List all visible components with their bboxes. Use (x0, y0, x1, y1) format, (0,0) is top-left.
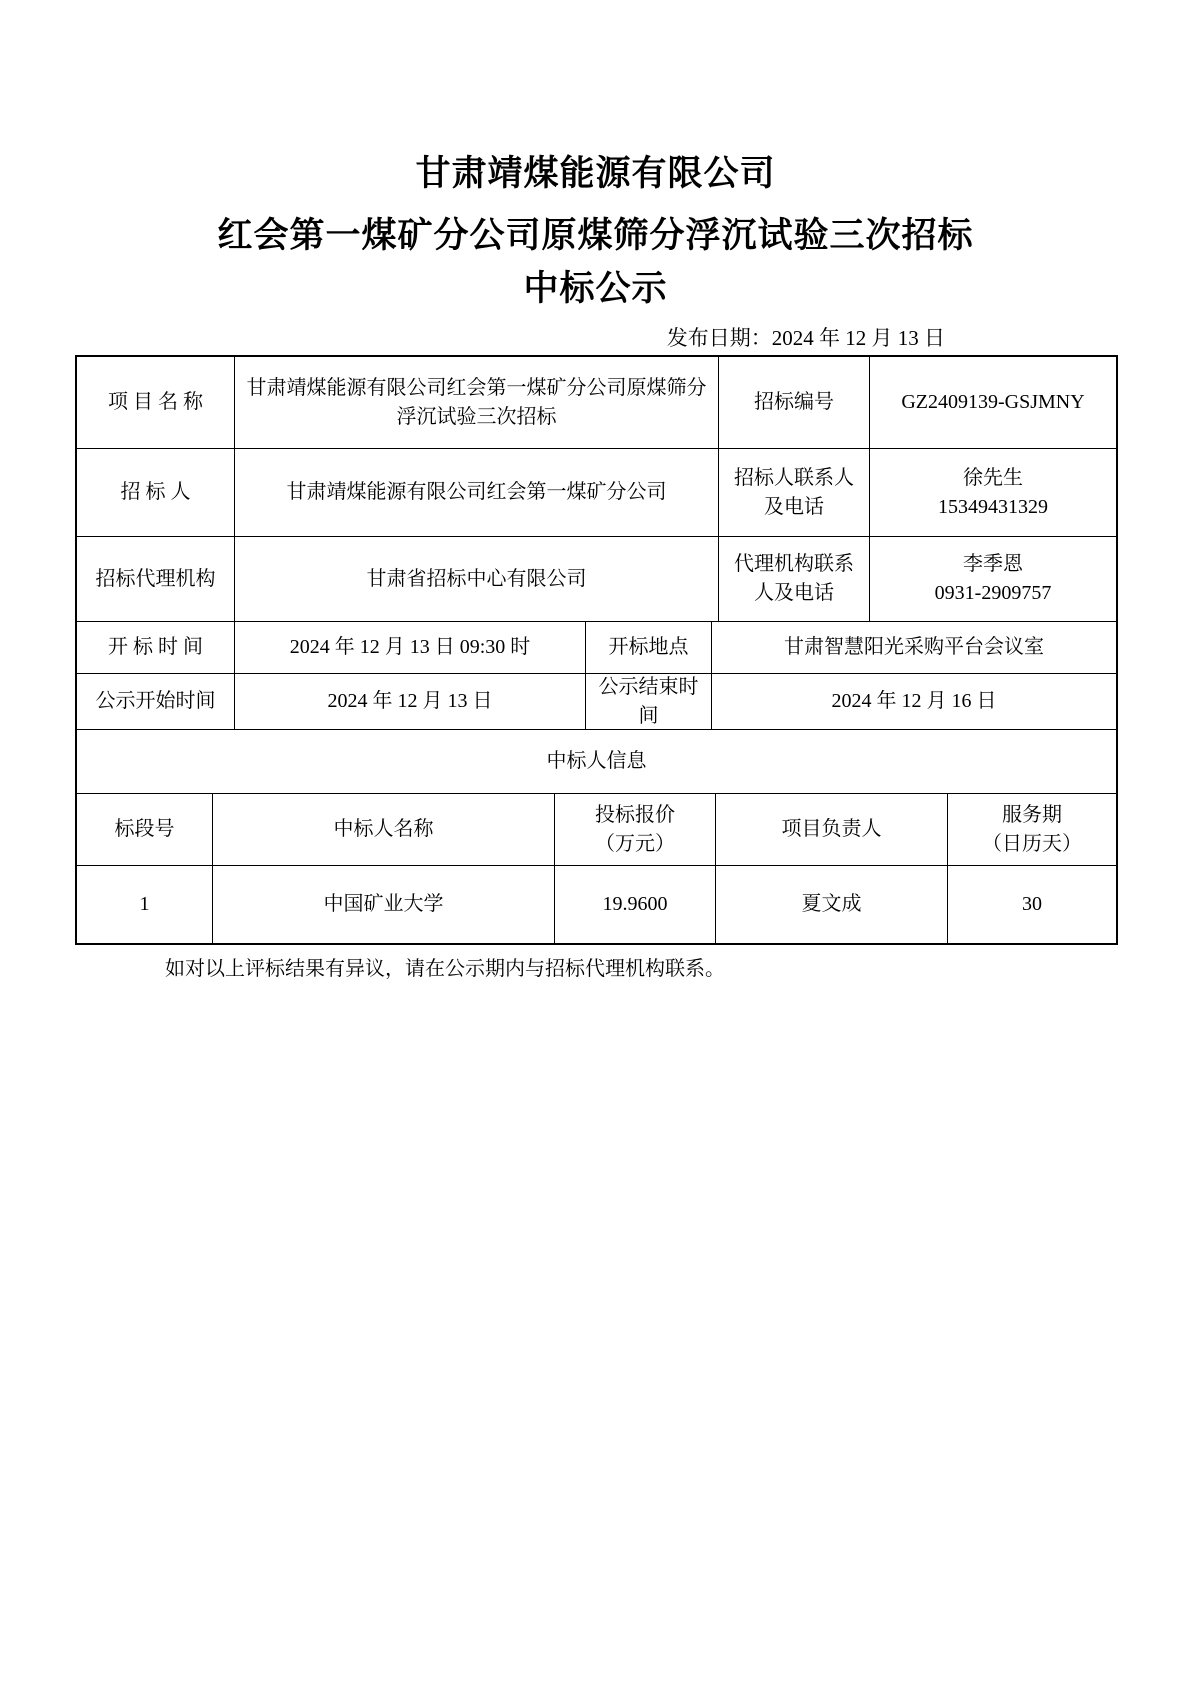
agency-label: 招标代理机构 (77, 537, 234, 621)
opening-time-label: 开 标 时 间 (77, 622, 234, 673)
winner-table-header-row: 标段号 中标人名称 投标报价 （万元） 项目负责人 服务期 （日历天） (77, 793, 1116, 865)
opening-time-value: 2024 年 12 月 13 日 09:30 时 (234, 622, 585, 673)
agency-contact-label: 代理机构联系人及电话 (718, 537, 869, 621)
winner-section-title: 中标人信息 (77, 730, 1116, 793)
header-service-period: 服务期 （日历天） (947, 794, 1116, 865)
bid-number-label: 招标编号 (718, 357, 869, 448)
announcement-page: 甘肃靖煤能源有限公司 红会第一煤矿分公司原煤筛分浮沉试验三次招标 中标公示 发布… (0, 0, 1191, 1684)
publicity-end-label: 公示结束时间 (585, 674, 711, 729)
header-bid-price: 投标报价 （万元） (554, 794, 715, 865)
tenderee-value: 甘肃靖煤能源有限公司红会第一煤矿分公司 (234, 449, 718, 536)
tenderee-contact-name: 徐先生 (963, 464, 1023, 493)
title-project: 红会第一煤矿分公司原煤筛分浮沉试验三次招标 (0, 208, 1191, 258)
publicity-start-label: 公示开始时间 (77, 674, 234, 729)
table-row-tenderee: 招 标 人 甘肃靖煤能源有限公司红会第一煤矿分公司 招标人联系人及电话 徐先生 … (77, 448, 1116, 536)
table-row-project: 项 目 名 称 甘肃靖煤能源有限公司红会第一煤矿分公司原煤筛分浮沉试验三次招标 … (77, 357, 1116, 448)
winner-lot-number: 1 (77, 866, 212, 943)
project-name-value: 甘肃靖煤能源有限公司红会第一煤矿分公司原煤筛分浮沉试验三次招标 (234, 357, 718, 448)
objection-note: 如对以上评标结果有异议，请在公示期内与招标代理机构联系。 (165, 952, 725, 981)
publicity-start-value: 2024 年 12 月 13 日 (234, 674, 585, 729)
winner-project-leader: 夏文成 (715, 866, 947, 943)
tenderee-label: 招 标 人 (77, 449, 234, 536)
winner-bid-price: 19.9600 (554, 866, 715, 943)
publicity-end-value: 2024 年 12 月 16 日 (711, 674, 1116, 729)
table-row-winner-section-title: 中标人信息 (77, 729, 1116, 793)
agency-contact-value: 李季恩 0931-2909757 (869, 537, 1116, 621)
agency-contact-name: 李季恩 (963, 550, 1023, 579)
agency-contact-phone: 0931-2909757 (935, 579, 1052, 608)
opening-place-value: 甘肃智慧阳光采购平台会议室 (711, 622, 1116, 673)
agency-value: 甘肃省招标中心有限公司 (234, 537, 718, 621)
table-row-agency: 招标代理机构 甘肃省招标中心有限公司 代理机构联系人及电话 李季恩 0931-2… (77, 536, 1116, 621)
bid-info-table: 项 目 名 称 甘肃靖煤能源有限公司红会第一煤矿分公司原煤筛分浮沉试验三次招标 … (75, 355, 1118, 945)
winner-service-period: 30 (947, 866, 1116, 943)
project-name-label: 项 目 名 称 (77, 357, 234, 448)
opening-place-label: 开标地点 (585, 622, 711, 673)
title-announcement-type: 中标公示 (0, 261, 1191, 311)
title-company: 甘肃靖煤能源有限公司 (0, 146, 1191, 196)
winner-table-data-row: 1 中国矿业大学 19.9600 夏文成 30 (77, 865, 1116, 943)
table-row-publicity: 公示开始时间 2024 年 12 月 13 日 公示结束时间 2024 年 12… (77, 673, 1116, 729)
winner-name: 中国矿业大学 (212, 866, 554, 943)
tenderee-contact-label: 招标人联系人及电话 (718, 449, 869, 536)
tenderee-contact-phone: 15349431329 (938, 493, 1048, 522)
header-lot-number: 标段号 (77, 794, 212, 865)
publish-date: 发布日期：2024 年 12 月 13 日 (667, 322, 945, 352)
tenderee-contact-value: 徐先生 15349431329 (869, 449, 1116, 536)
header-project-leader: 项目负责人 (715, 794, 947, 865)
table-row-opening: 开 标 时 间 2024 年 12 月 13 日 09:30 时 开标地点 甘肃… (77, 621, 1116, 673)
bid-number-value: GZ2409139-GSJMNY (869, 357, 1116, 448)
header-winner-name: 中标人名称 (212, 794, 554, 865)
